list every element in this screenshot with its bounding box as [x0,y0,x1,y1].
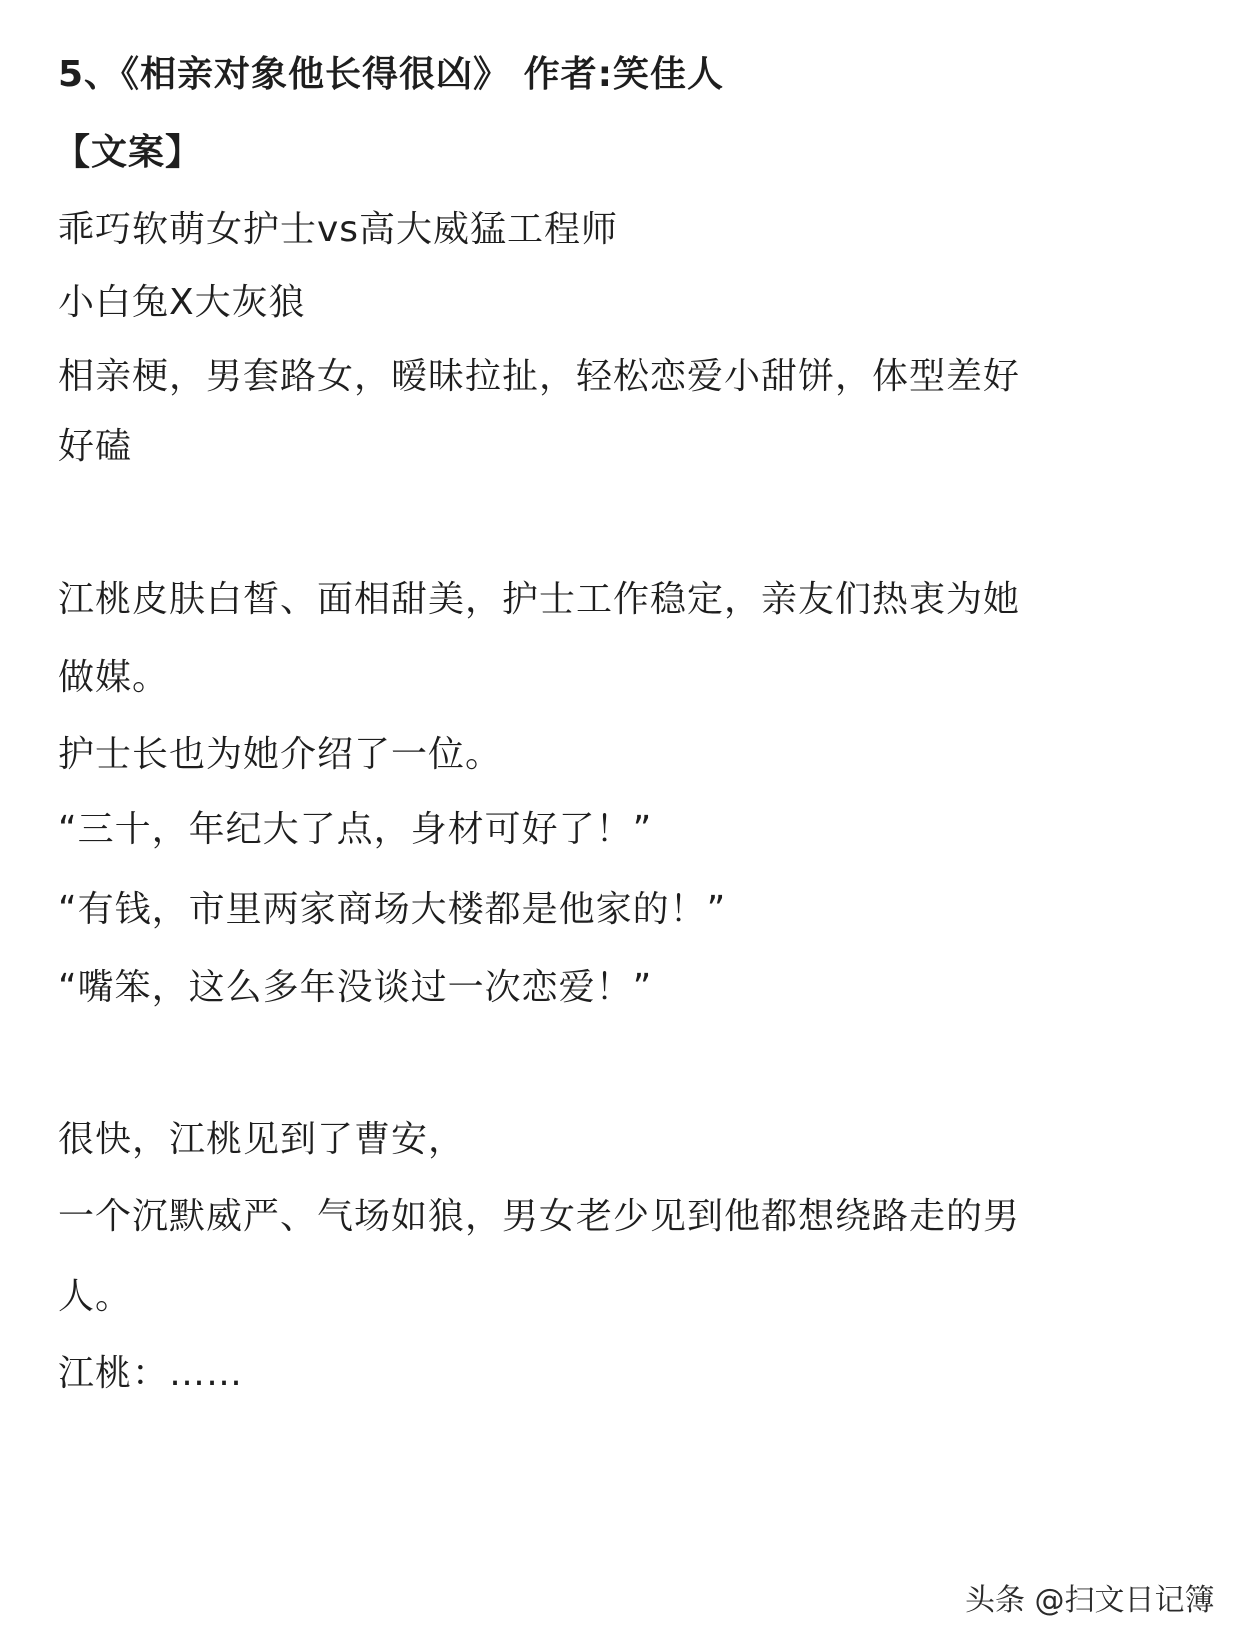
paragraph-line: 小白兔X大灰狼 [58,281,306,325]
paragraph-line: “三十，年纪大了点，身材可好了！” [58,808,652,852]
paragraph-line: 护士长也为她介绍了一位。 [58,733,502,777]
paragraph-line: 相亲梗，男套路女，暧昧拉扯，轻松恋爱小甜饼，体型差好 [58,355,1020,399]
watermark: 头条 @扫文日记簿 [965,1581,1215,1621]
paragraph-line: 很快，江桃见到了曹安， [58,1118,465,1162]
paragraph-line: 好磕 [58,425,132,469]
paragraph-line: 做媒。 [58,656,169,700]
paragraph-line: 江桃皮肤白皙、面相甜美，护士工作稳定，亲友们热衷为她 [58,578,1020,622]
paragraph-line: 乖巧软萌女护士vs高大威猛工程师 [58,208,618,252]
paragraph-line: 人。 [58,1275,132,1319]
book-title: 5、《相亲对象他长得很凶》 作者:笑佳人 [58,53,724,97]
paragraph-line: 一个沉默威严、气场如狼，男女老少见到他都想绕路走的男 [58,1195,1020,1239]
paragraph-line: “嘴笨，这么多年没谈过一次恋爱！” [58,966,652,1010]
paragraph-line: “有钱，市里两家商场大楼都是他家的！” [58,888,726,932]
paragraph-line: 江桃：…… [58,1352,243,1396]
section-heading: 【文案】 [54,131,202,175]
